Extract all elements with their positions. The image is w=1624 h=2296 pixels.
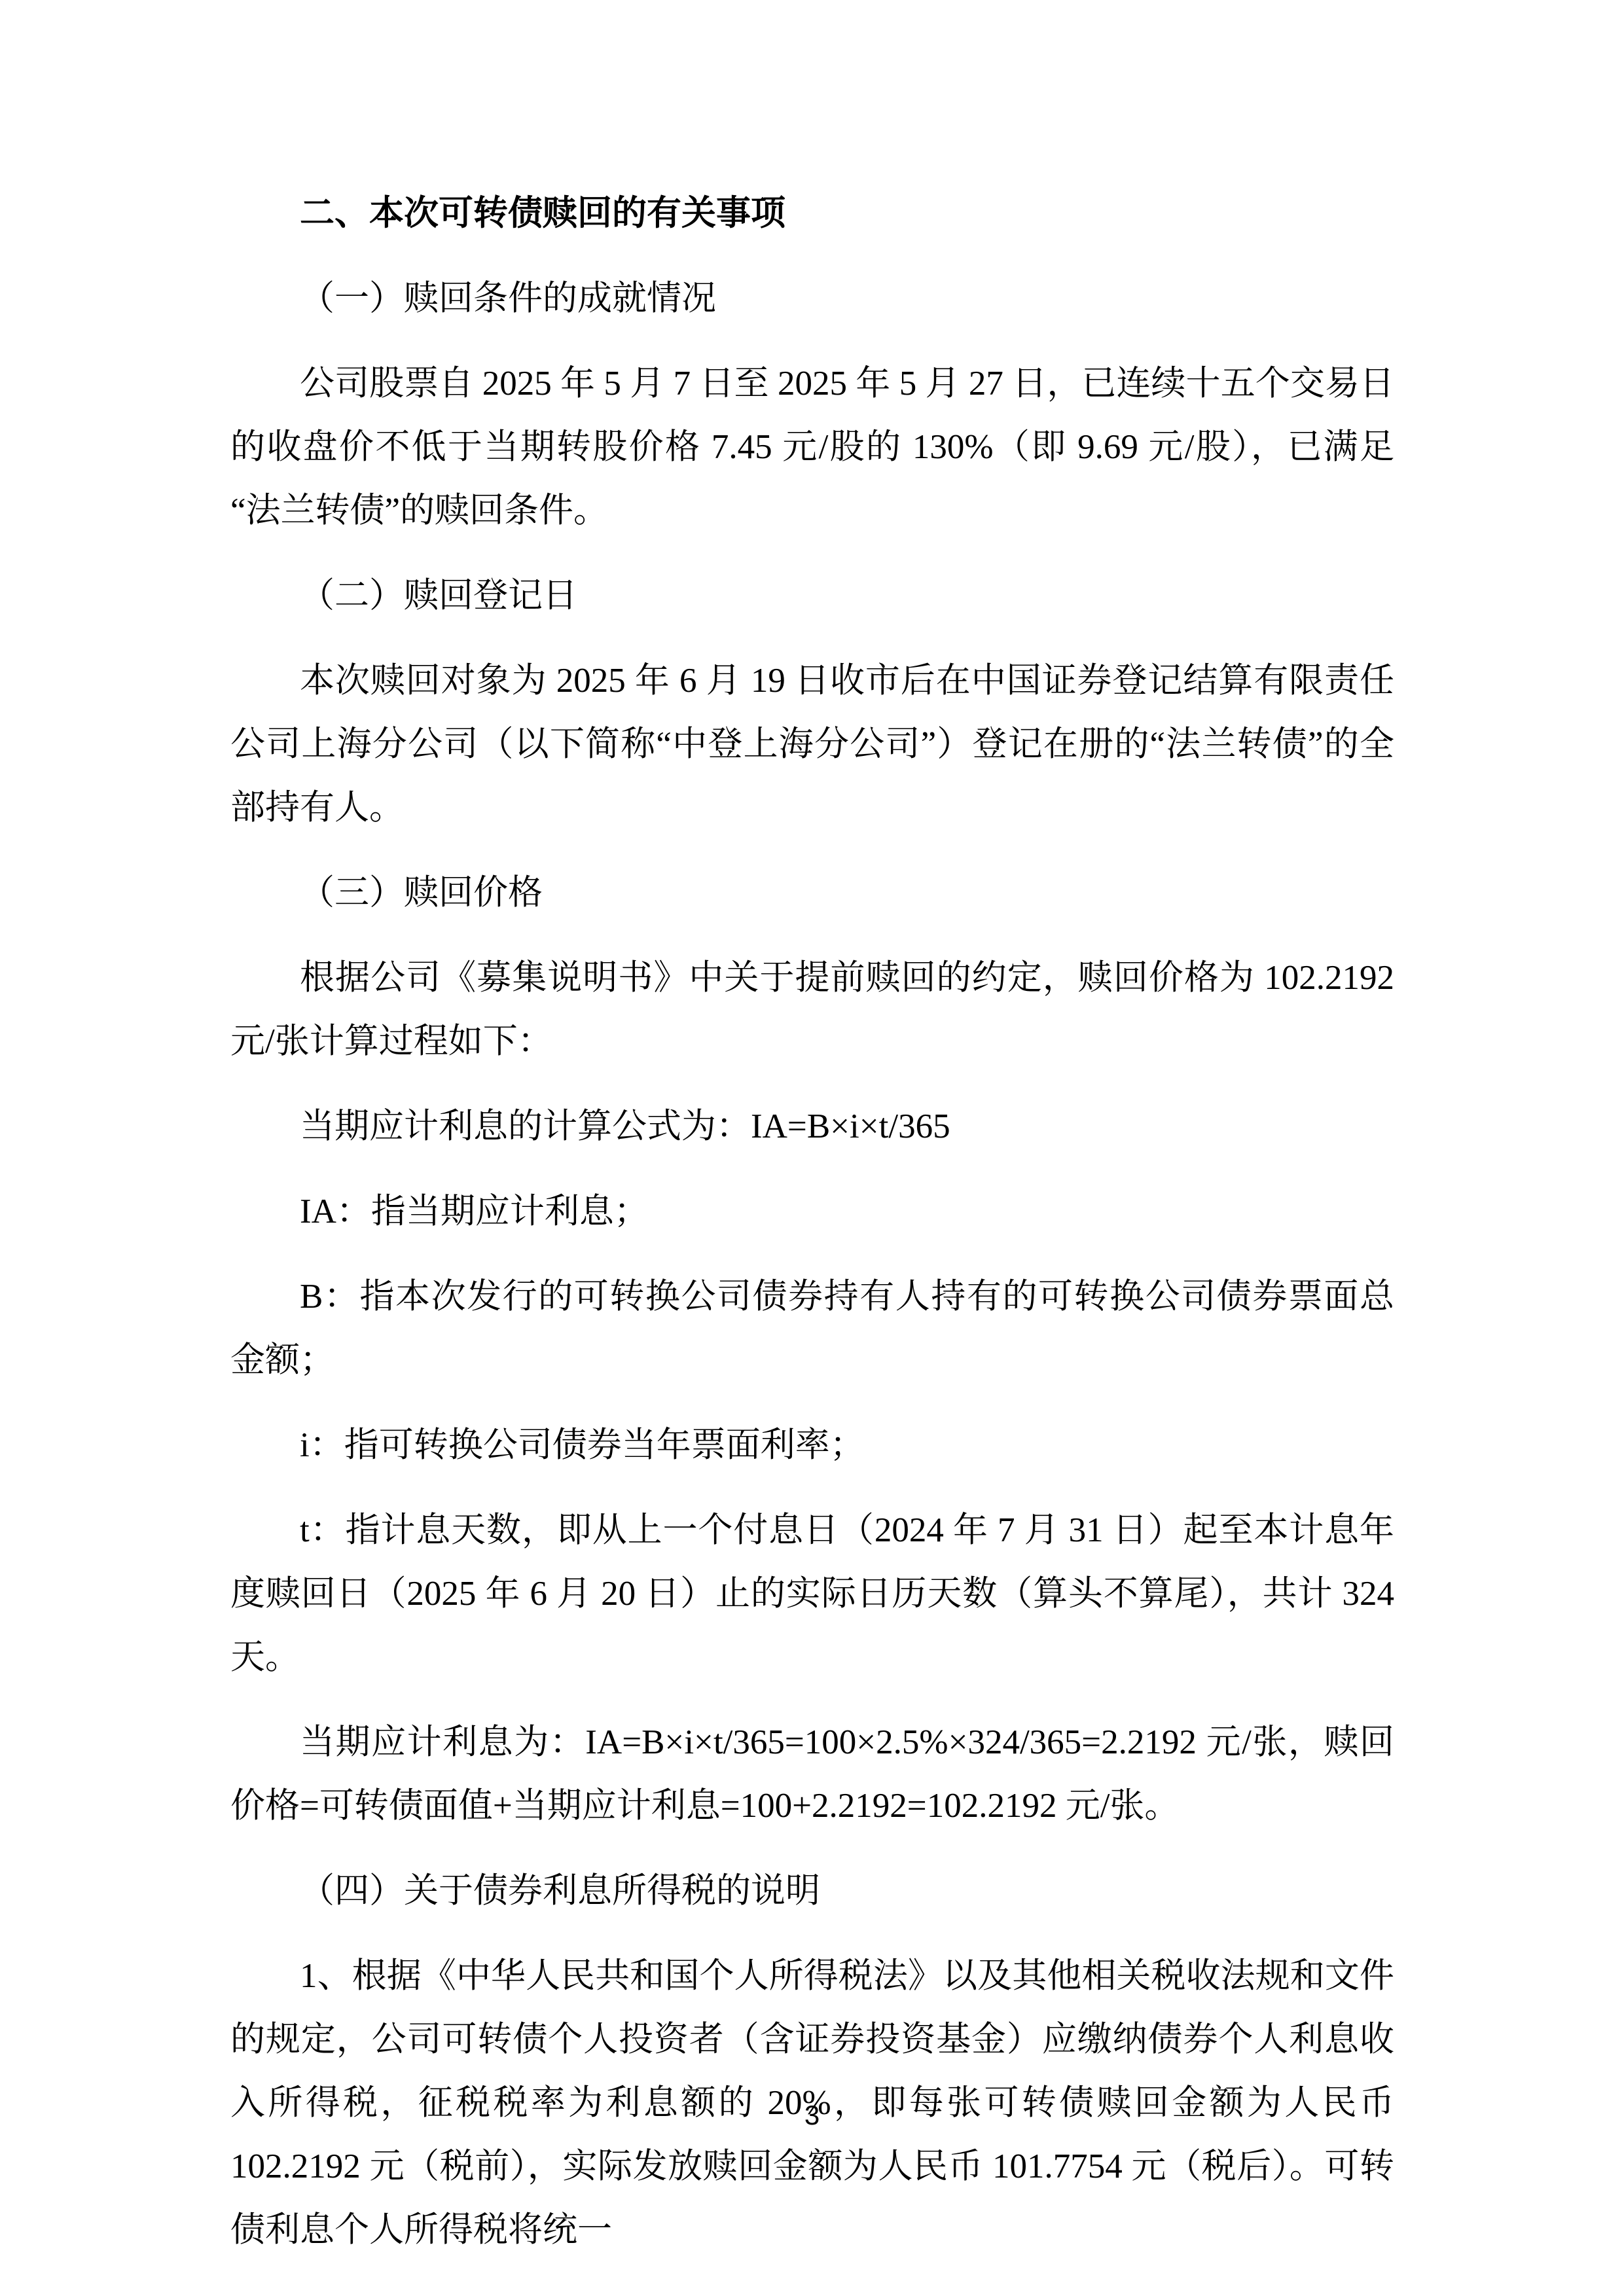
subheading-interest-tax: （四）关于债券利息所得税的说明 xyxy=(230,1859,1394,1923)
document-body: 二、本次可转债赎回的有关事项 （一）赎回条件的成就情况 公司股票自 2025 年… xyxy=(230,182,1394,2284)
paragraph-redemption-price-intro: 根据公司《募集说明书》中关于提前赎回的约定，赎回价格为 102.2192 元/张… xyxy=(230,946,1394,1073)
paragraph-term-t: t：指计息天数，即从上一个付息日（2024 年 7 月 31 日）起至本计息年度… xyxy=(230,1499,1394,1689)
subheading-redemption-price: （三）赎回价格 xyxy=(230,861,1394,925)
paragraph-term-ia: IA：指当期应计利息； xyxy=(230,1180,1394,1244)
paragraph-interest-formula: 当期应计利息的计算公式为：IA=B×i×t/365 xyxy=(230,1095,1394,1158)
subheading-registration-date: （二）赎回登记日 xyxy=(230,564,1394,628)
main-heading: 二、本次可转债赎回的有关事项 xyxy=(230,182,1394,245)
page-number: 3 xyxy=(0,2100,1624,2131)
paragraph-interest-calculation: 当期应计利息为：IA=B×i×t/365=100×2.5%×324/365=2.… xyxy=(230,1711,1394,1838)
document-page: 二、本次可转债赎回的有关事项 （一）赎回条件的成就情况 公司股票自 2025 年… xyxy=(0,0,1624,2296)
paragraph-term-b: B：指本次发行的可转换公司债券持有人持有的可转换公司债券票面总金额； xyxy=(230,1265,1394,1392)
paragraph-registration-date: 本次赎回对象为 2025 年 6 月 19 日收市后在中国证券登记结算有限责任公… xyxy=(230,649,1394,840)
paragraph-redemption-condition: 公司股票自 2025 年 5 月 7 日至 2025 年 5 月 27 日，已连… xyxy=(230,352,1394,543)
paragraph-term-i: i：指可转换公司债券当年票面利率； xyxy=(230,1414,1394,1477)
subheading-redemption-condition: （一）赎回条件的成就情况 xyxy=(230,267,1394,331)
